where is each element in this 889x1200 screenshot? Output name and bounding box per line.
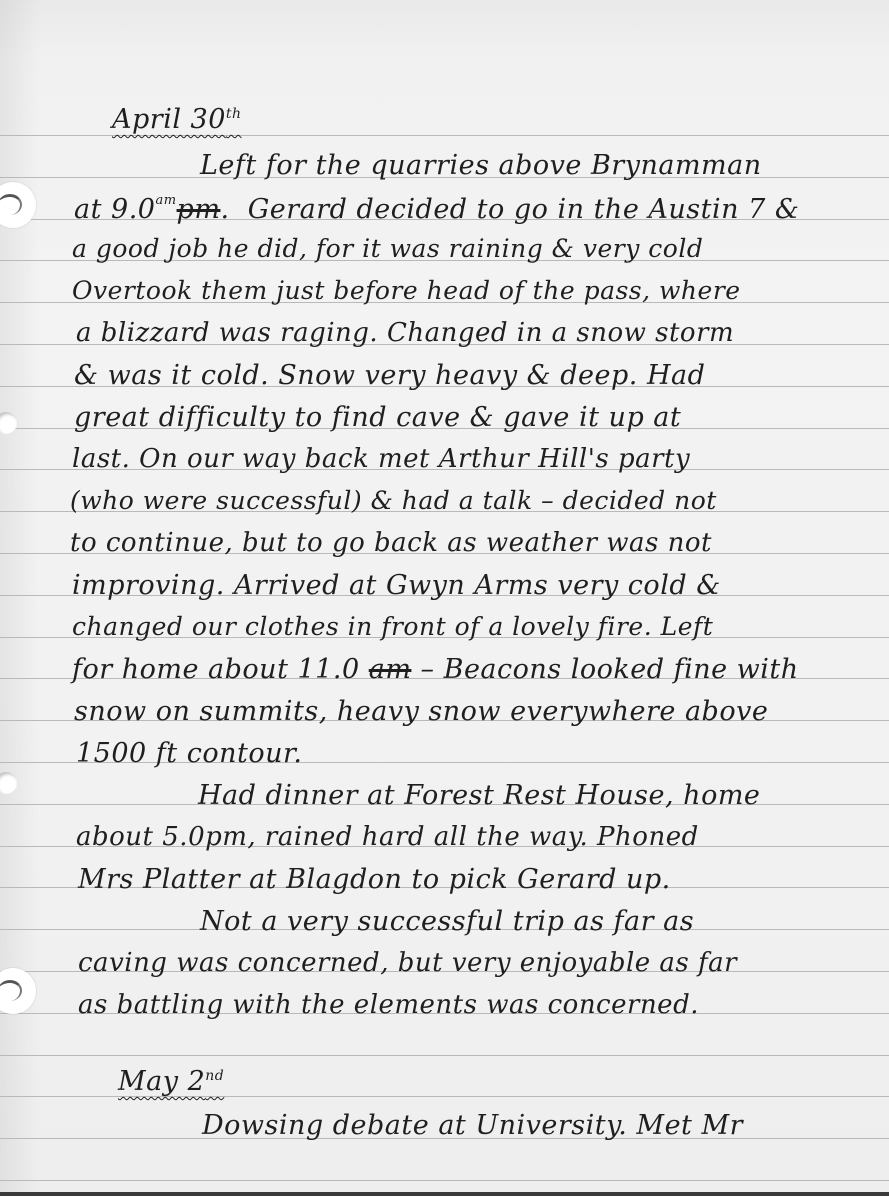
date-suffix: th	[226, 106, 242, 122]
entry-line: last. On our way back met Arthur Hill's …	[72, 446, 690, 472]
entry-line: a good job he did, for it was raining & …	[72, 236, 703, 261]
entry-date: May 2	[118, 1066, 205, 1097]
entry-line: snow on summits, heavy snow everywhere a…	[74, 698, 768, 725]
entry-line-text: Platter at Blagdon to pick Gerard up.	[143, 864, 671, 895]
entry-line: for home about 11.0 am – Beacons looked …	[72, 656, 799, 683]
entry-line: Dowsing debate at University. Met Mr	[202, 1112, 743, 1139]
entry-line: caving was concerned, but very enjoyable…	[78, 950, 737, 976]
entry-line: Not a very successful trip as far as	[200, 908, 694, 935]
entry-line: at 9.0ampm. Gerard decided to go in the …	[74, 194, 799, 223]
entry-line: changed our clothes in front of a lovely…	[72, 614, 713, 639]
ruled-line	[0, 1180, 889, 1181]
ruled-line	[0, 135, 889, 136]
entry-line-text: – Beacons looked fine with	[421, 654, 799, 685]
punch-hole-upper-middle	[0, 412, 17, 434]
time-text: at 9.0	[74, 194, 155, 225]
page-edge-shadow	[0, 0, 40, 1196]
date-suffix: nd	[205, 1068, 224, 1084]
time-correction-struck: am	[369, 654, 412, 685]
ruled-line	[0, 1055, 889, 1056]
entry-line: Overtook them just before head of the pa…	[72, 278, 741, 303]
time-correction-struck: pm	[177, 194, 221, 225]
entry-date-heading: April 30th	[112, 106, 242, 133]
entry-line-text: Gerard decided to go in the Austin 7 &	[248, 194, 800, 225]
entry-line: about 5.0pm, rained hard all the way. Ph…	[76, 824, 699, 850]
time-correction-inserted: am	[155, 193, 176, 208]
punch-hole-top	[0, 182, 36, 228]
punch-hole-lower-middle	[0, 772, 17, 794]
entry-line: improving. Arrived at Gwyn Arms very col…	[72, 572, 721, 599]
entry-line: (who were successful) & had a talk – dec…	[70, 488, 717, 513]
time-text: for home about 11.0	[72, 654, 360, 685]
entry-date: April 30	[112, 104, 226, 135]
entry-line: & was it cold. Snow very heavy & deep. H…	[74, 362, 705, 389]
punch-hole-bottom	[0, 968, 36, 1014]
entry-line: 1500 ft contour.	[76, 740, 303, 767]
entry-line: Left for the quarries above Brynamman	[200, 152, 762, 179]
entry-line: great difficulty to find cave & gave it …	[74, 404, 681, 431]
diary-page: April 30th Left for the quarries above B…	[0, 0, 889, 1196]
title-prefix: Mrs	[78, 864, 134, 895]
entry-date-heading: May 2nd	[118, 1068, 224, 1095]
entry-line: Mrs Platter at Blagdon to pick Gerard up…	[78, 866, 671, 893]
entry-line: to continue, but to go back as weather w…	[70, 530, 712, 556]
entry-line: Had dinner at Forest Rest House, home	[198, 782, 760, 809]
entry-line: as battling with the elements was concer…	[78, 992, 699, 1018]
entry-line: a blizzard was raging. Changed in a snow…	[76, 320, 734, 346]
